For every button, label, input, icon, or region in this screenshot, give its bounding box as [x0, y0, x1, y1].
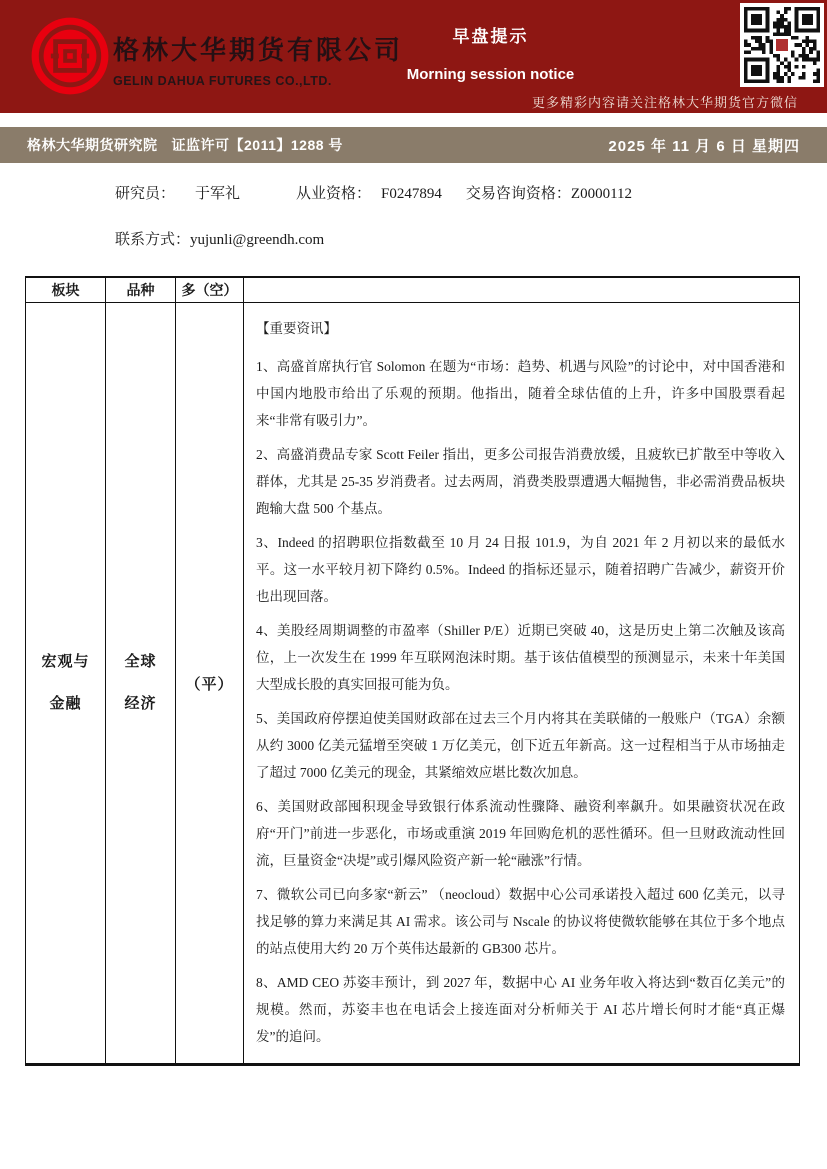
table-row: 宏观与 金融 全球 经济 （平） 【重要资讯】 1、高盛首席执行官 Solomo…: [26, 303, 800, 1065]
contact-email: yujunli@greendh.com: [190, 232, 324, 248]
news-item: 1、高盛首席执行官 Solomon 在题为“市场：趋势、机遇与风险”的讨论中，对…: [256, 353, 785, 434]
content-cell: 【重要资讯】 1、高盛首席执行官 Solomon 在题为“市场：趋势、机遇与风险…: [244, 303, 800, 1065]
table-header-row: 板块 品种 多（空）: [26, 277, 800, 303]
researcher-label: 研究员：: [115, 182, 175, 203]
news-item: 5、美国政府停摆迫使美国财政部在过去三个月内将其在美联储的一般账户（TGA）余额…: [256, 705, 785, 786]
variety-cell: 全球 经济: [106, 303, 176, 1065]
header-band: 格林大华期货有限公司 GELIN DAHUA FUTURES CO.,LTD. …: [0, 0, 827, 113]
position-cell: （平）: [176, 303, 244, 1065]
col-header-variety: 品种: [106, 277, 176, 303]
contact-label: 联系方式：: [115, 232, 190, 248]
news-item: 3、Indeed 的招聘职位指数截至 10 月 24 日报 101.9，为自 2…: [256, 529, 785, 610]
researcher-line: 研究员： 于军礼 从业资格： F0247894 交易咨询资格： Z0000112: [115, 182, 827, 203]
company-name-cn: 格林大华期货有限公司: [113, 30, 403, 67]
sector-line2: 金融: [27, 683, 104, 725]
company-title-block: 格林大华期货有限公司 GELIN DAHUA FUTURES CO.,LTD.: [113, 30, 403, 88]
company-name-en: GELIN DAHUA FUTURES CO.,LTD.: [113, 74, 403, 88]
researcher-name: 于军礼: [195, 182, 240, 203]
col-header-sector: 板块: [26, 277, 106, 303]
advisory-number: Z0000112: [571, 186, 632, 203]
news-item: 7、微软公司已向多家“新云” （neocloud）数据中心公司承诺投入超过 60…: [256, 881, 785, 962]
info-bar: 格林大华期货研究院 证监许可【2011】1288 号 2025 年 11 月 6…: [0, 127, 827, 163]
main-table: 板块 品种 多（空） 宏观与 金融 全球 经济 （平） 【重要资讯】 1、高盛首…: [25, 276, 800, 1066]
sector-cell: 宏观与 金融: [26, 303, 106, 1065]
qualification-number: F0247894: [381, 186, 442, 203]
news-item: 4、美股经周期调整的市盈率（Shiller P/E）近期已突破 40，这是历史上…: [256, 617, 785, 698]
col-header-position: 多（空）: [176, 277, 244, 303]
news-item: 6、美国财政部囤积现金导致银行体系流动性骤降、融资利率飙升。如果融资状况在政府“…: [256, 793, 785, 874]
variety-line2: 经济: [107, 683, 174, 725]
variety-line1: 全球: [107, 641, 174, 683]
wechat-qr-code: [740, 3, 824, 87]
notice-title-block: 早盘提示 Morning session notice: [393, 22, 588, 83]
org-name: 格林大华期货研究院: [27, 135, 158, 155]
report-date: 2025 年 11 月 6 日 星期四: [608, 135, 800, 156]
notice-title-cn: 早盘提示: [393, 22, 588, 47]
col-header-content: [244, 277, 800, 303]
news-item: 8、AMD CEO 苏姿丰预计，到 2027 年，数据中心 AI 业务年收入将达…: [256, 969, 785, 1050]
qualification-label: 从业资格：: [296, 182, 371, 203]
news-item: 2、高盛消费品专家 Scott Feiler 指出，更多公司报告消费放缓，且疲软…: [256, 441, 785, 522]
news-list: 1、高盛首席执行官 Solomon 在题为“市场：趋势、机遇与风险”的讨论中，对…: [256, 353, 785, 1050]
wechat-note: 更多精彩内容请关注格林大华期货官方微信: [532, 92, 798, 111]
contact-line: 联系方式：yujunli@greendh.com: [115, 228, 827, 249]
advisory-label: 交易咨询资格：: [466, 182, 571, 203]
notice-title-en: Morning session notice: [393, 66, 588, 83]
company-logo-icon: [30, 16, 110, 96]
content-title: 【重要资讯】: [256, 315, 785, 342]
license-number: 证监许可【2011】1288 号: [172, 135, 343, 155]
sector-line1: 宏观与: [27, 641, 104, 683]
